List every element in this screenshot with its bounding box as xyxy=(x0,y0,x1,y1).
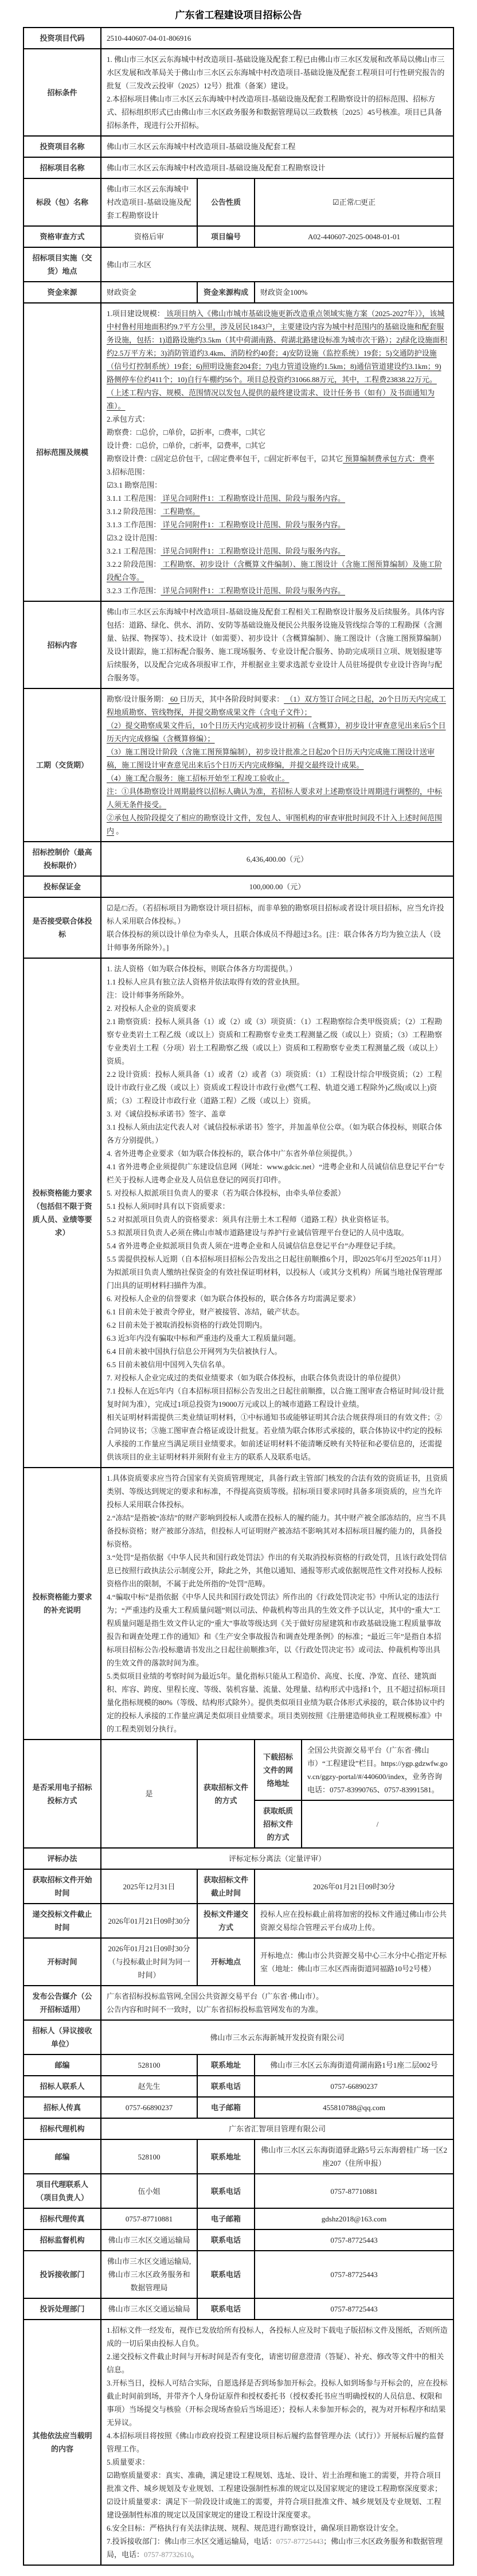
text-paragraph: 开标时间 xyxy=(29,1955,95,1968)
row-value: 0757-87710881 xyxy=(101,2208,197,2229)
text-paragraph: 下载招标文件的网络地址 xyxy=(260,1750,296,1790)
text-run: 该项目纳入《佛山市城市基础设施更新改造重点领域实施方案（2025-2027年）》… xyxy=(107,309,447,410)
row-label: 是否采用电子招标投标方式 xyxy=(24,1740,101,1848)
text-run: 1.招标文件一经发布，视作已发放给所有投标人，各投标人应及时下载电子版招标文件及… xyxy=(107,2326,448,2348)
text-run: 招标项目实施（交货）地点 xyxy=(32,254,92,275)
text-paragraph: 投标保证金 xyxy=(29,880,95,893)
text-run: 0757-87732610 xyxy=(144,2550,191,2559)
text-paragraph: 2.承包方式： xyxy=(107,413,448,426)
text-paragraph: 6.5 目前未被信用中国列入失信名单。 xyxy=(107,1358,448,1371)
text-run: 7.1 投标人在近5年内（自本招标项目招标公告发出之日起往前顺推，以合施工图审查… xyxy=(107,1387,444,1408)
table-row: 资格审查方式资格后审项目编号A02-440607-2025-0048-01-01 xyxy=(24,226,453,247)
text-paragraph: 3.1.2 阶段范围： 工程勘察。 xyxy=(107,505,448,518)
table-row: 招标条件1. 佛山市三水区云东海城中村改造项目-基础设施及配套工程已由佛山市三水… xyxy=(24,49,453,136)
text-run: 2510-440607-04-01-806916 xyxy=(107,34,191,42)
text-run: 2026年01月21日09时30分 xyxy=(313,1882,395,1891)
text-run: 日历天，其中各阶段时间要求： xyxy=(179,695,284,703)
row-value: 佛山市三水区云东海城中村改造项目-基础设施及配套工程勘察设计 xyxy=(101,178,197,226)
text-run: 全国公共资源交易平台（广东省·佛山市）“工程建设”栏目。https://ygp.… xyxy=(307,1746,448,1794)
text-paragraph: 2.2 设计资质：投标人须具备（1）或者（2）或者（3）项资质：（1）工程设计综… xyxy=(107,1068,448,1107)
table-row: 其他依法应当载明的内容1.招标文件一经发布，视作已发放给所有投标人，各投标人应及… xyxy=(24,2320,453,2565)
text-paragraph: ☑设计质量要求：满足下一阶段设计或施工的需要，并符合项目批准文件、城乡规划及专业… xyxy=(107,2495,448,2521)
text-paragraph: 招标代理机构 xyxy=(29,2122,95,2135)
text-run: ☑正常/□更正 xyxy=(333,198,376,207)
text-paragraph: 标段（包）名称 xyxy=(29,196,95,209)
text-run: 资格审查方式 xyxy=(40,232,84,241)
text-paragraph: 5.类似项目业绩的考察时间为最近5年。量化指标只能从工程造价、高度、长度、净宽、… xyxy=(107,1670,448,1736)
text-run: 其他依法应当载明的内容 xyxy=(32,2431,92,2453)
text-run: 详见合同附件1：工程勘察设计范围、阶段与服务内容。 xyxy=(161,494,345,503)
text-run: 60 xyxy=(169,695,180,703)
text-run: 招标监督机构 xyxy=(40,2236,84,2244)
text-paragraph: 6. 对投标人企业的信誉要求（如为联合体投标的，联合体各方均需满足要求） xyxy=(107,1292,448,1305)
announcement-table-body: 投资项目代码2510-440607-04-01-806916招标条件1. 佛山市… xyxy=(24,28,453,2565)
text-paragraph: 投资项目名称 xyxy=(29,140,95,153)
text-paragraph: / xyxy=(307,1818,448,1831)
text-paragraph: 5.4 省外进粤企业拟派项目负责人须在“进粤企业和人员诚信信息登记平台”办理登记… xyxy=(107,1239,448,1252)
text-paragraph: 工期（交货期） xyxy=(29,758,95,772)
text-run: 佛山市三水区云东海城中村改造项目-基础设施及配套工程 xyxy=(107,142,295,151)
text-run: ☑3.2 设计范围： xyxy=(107,534,162,542)
text-paragraph: 赵先生 xyxy=(107,2080,191,2093)
row-label: 投标保证金 xyxy=(24,876,101,897)
text-paragraph: 2026年01月21日09时30分 xyxy=(260,1880,448,1893)
row-label: 招标监督机构 xyxy=(24,2229,101,2251)
row-label: 项目编号 xyxy=(197,226,255,247)
text-run: 4.“骗取中标”是指依据《中华人民共和国行政处罚法》所作出的《行政处罚决定书》中… xyxy=(107,1593,441,1667)
row-value: 佛山市三水云东海新城开发投资有限公司 xyxy=(101,2020,453,2054)
text-paragraph: 佛山市三水区交通运输局 xyxy=(107,2302,191,2316)
text-paragraph: 邮编 xyxy=(29,2150,95,2163)
text-run: 4.1 省外进粤企业须提供广东建设信息网（网址：www.gdcic.net）“进… xyxy=(107,1162,445,1184)
row-label: 招标内容 xyxy=(24,601,101,688)
row-label: 获取招标文件的方式 xyxy=(197,1740,255,1848)
text-run: 佛山市三水区交通运输局,佛山市三水区政务服务和数据管理局 xyxy=(107,2257,191,2292)
text-paragraph: 4. 省外进粤企业要求（如为联合体投标的，联合体中广东省外单位须提供。） xyxy=(107,1147,448,1160)
table-row: 招标监督机构佛山市三水区交通运输局联系电话0757-87725443 xyxy=(24,2229,453,2251)
text-run: 1. 法人资格（如为联合体投标，则联合体各方均需提供。） xyxy=(107,964,297,973)
row-label: 投标文件递交方式 xyxy=(197,1904,255,1938)
row-label: 资金来源构成 xyxy=(197,282,255,303)
text-run: 5.3 拟派项目负责人必须在佛山市城市道路建设与养护行业诚信管理平台登记的人员中… xyxy=(107,1228,409,1237)
text-paragraph: 佛山市三水区 xyxy=(107,258,448,271)
text-paragraph: 联系电话 xyxy=(203,2080,249,2093)
text-paragraph: 5.3 拟派项目负责人必须在佛山市城市道路建设与养护行业诚信管理平台登记的人员中… xyxy=(107,1226,448,1239)
text-paragraph: 联系地址 xyxy=(203,2150,249,2163)
text-paragraph: gdshz2018@163.com xyxy=(260,2212,448,2225)
text-paragraph: 6.4 目前未被中国执行信息公开网列为失信被执行人。 xyxy=(107,1345,448,1358)
text-paragraph: 联合体投标的须以设计单位为牵头人，且联合体成员不得超过3名。[注：联合体各方均为… xyxy=(107,928,448,954)
text-run: 注：设计师事务所除外。 xyxy=(107,991,189,999)
text-paragraph: 联系电话 xyxy=(203,2268,249,2281)
row-value: 100,000.00（元） xyxy=(101,876,453,897)
text-paragraph: 3. 对《诚信投标承诺书》签字、盖章 xyxy=(107,1107,448,1120)
text-paragraph: 投资项目代码 xyxy=(29,32,95,45)
row-value: 2025年12月31日 xyxy=(101,1869,197,1904)
row-value: 佛山市三水区交通运输局,佛山市三水区政务服务和数据管理局 xyxy=(101,2251,197,2298)
text-run: 资金来源 xyxy=(47,288,77,297)
row-value: 伍小姐 xyxy=(101,2174,197,2208)
text-paragraph: 1.项目建设规模： 该项目纳入《佛山市城市基础设施更新改造重点领域实施方案（20… xyxy=(107,307,448,413)
text-paragraph: 资金来源 xyxy=(29,286,95,299)
row-label: 开标时间 xyxy=(24,1938,101,1986)
text-paragraph: 3.“处罚”是指依据《中华人民共和国行政处罚法》作出的有关取消投标资格的行政处罚… xyxy=(107,1551,448,1590)
text-run: 获取招标文件截止时间 xyxy=(204,1875,248,1897)
row-label: 评标办法 xyxy=(24,1848,101,1869)
text-paragraph: 投标人应在投标截止前将加密的投标文件通过佛山市公共资源交易综合管理云平台成功上传… xyxy=(260,1908,448,1934)
text-run: ☑是/□否。（若招标项目为勘察设计项目招标，而非单独的勘察项目招标或者设计项目招… xyxy=(107,904,444,925)
row-label: 投标资格能力要求的补充说明 xyxy=(24,1468,101,1740)
text-run: 佛山市三水区云东海城中村改造项目-基础设施及配套工程勘察设计 xyxy=(107,164,325,172)
text-run: 招标控制价（最高投标限价） xyxy=(32,848,92,870)
row-value: 0757-66890237 xyxy=(255,2076,453,2097)
text-paragraph: 佛山市三水区云东海城中村改造项目-基础设施及配套工程勘察设计 xyxy=(107,182,191,222)
text-paragraph: 7. 对投标人企业完成过的类似业绩要求（如为联合体投标，由联合体负责设计的单位提… xyxy=(107,1371,448,1384)
table-row: 投标资格能力要求（包括但不限于资质人员、业绩等要求）1. 法人资格（如为联合体投… xyxy=(24,958,453,1468)
row-label: 工期（交货期） xyxy=(24,688,101,842)
row-label: 招标项目实施（交货）地点 xyxy=(24,247,101,282)
row-value: ☑是/□否。（若招标项目为勘察设计项目招标，而非单独的勘察项目招标或者设计项目招… xyxy=(101,897,453,958)
text-run: 项目编号 xyxy=(211,232,241,241)
row-value: 是 xyxy=(101,1740,197,1848)
text-paragraph: 528100 xyxy=(107,2059,191,2072)
text-run: 5.2 对拟派项目负责人的资格要求：须具有注册土木工程师（道路工程）执业资格证书… xyxy=(107,1215,394,1224)
text-run: 招标人传真 xyxy=(44,2103,81,2112)
row-value: 0757-87710881 xyxy=(255,2174,453,2208)
row-value: 资格后审 xyxy=(101,226,197,247)
text-run: 佛山市三水区交通运输局 xyxy=(108,2236,190,2244)
text-run: 设计费：□总价，□单价，□折率，☑费率，□其它 xyxy=(107,441,265,450)
row-value: 佛山市三水区 xyxy=(101,247,453,282)
text-paragraph: 投标文件递交方式 xyxy=(203,1908,249,1934)
row-value: 佛山市三水区交通运输局 xyxy=(101,2298,197,2320)
text-paragraph: 佛山市三水区云东海城中村改造项目-基础设施及配套工程 xyxy=(107,140,448,153)
text-paragraph: 是 xyxy=(107,1787,191,1800)
row-label: 资金来源 xyxy=(24,282,101,303)
row-value: A02-440607-2025-0048-01-01 xyxy=(255,226,453,247)
text-run: 5.1 投标人须同时具有以下资质要求： xyxy=(107,1202,230,1211)
text-run: 发布公告媒介（公开招标适用） xyxy=(32,1992,92,2014)
row-value: 开标地点：佛山市公共资源交易中心三水分中心指定开标室（地址：佛山市三水区西南街道… xyxy=(255,1938,453,1986)
table-row: 是否接受联合体投标☑是/□否。（若招标项目为勘察设计项目招标，而非单独的勘察项目… xyxy=(24,897,453,958)
text-run: 3.1 投标人须由法定代表人对《诚信投标承诺书》签字，并加盖单位公章。（如为联合… xyxy=(107,1123,442,1145)
text-paragraph: 3.2.1 工程范围： 详见合同附件1：工程勘察设计范围、阶段与服务内容。 xyxy=(107,544,448,558)
table-row: 投诉接收部门佛山市三水区交通运输局,佛山市三水区政务服务和数据管理局联系电话07… xyxy=(24,2251,453,2298)
text-run: 1. 佛山市三水区云东海城中村改造项目-基础设施及配套工程已由佛山市三水区发展和… xyxy=(107,55,444,90)
text-run: 赵先生 xyxy=(138,2082,160,2091)
text-paragraph: 0757-66890237 xyxy=(107,2101,191,2114)
text-paragraph: 发布公告媒介（公开招标适用） xyxy=(29,1990,95,2016)
text-paragraph: 勘察设计费：□固定总价包干，□固定费率包干，□固定折率包干，☑其它 预算编制费承… xyxy=(107,452,448,465)
row-value: 528100 xyxy=(101,2139,197,2174)
text-run: 0757-87725443 xyxy=(330,2305,377,2313)
text-run: 评标定标分离法（定量评审） xyxy=(229,1854,326,1863)
text-run: 7.投诉接收部门：佛山市三水区交通运输局，电话： xyxy=(107,2537,276,2546)
row-label: 资格审查方式 xyxy=(24,226,101,247)
text-run: 开标地点：佛山市公共资源交易中心三水分中心指定开标室（地址：佛山市三水区西南街道… xyxy=(260,1951,447,1973)
row-value: 1. 佛山市三水区云东海城中村改造项目-基础设施及配套工程已由佛山市三水区发展和… xyxy=(101,49,453,136)
text-run: 投资项目代码 xyxy=(40,34,84,42)
text-paragraph: 3.1 投标人须由法定代表人对《诚信投标承诺书》签字，并加盖单位公章。（如为联合… xyxy=(107,1120,448,1147)
text-run: gdshz2018@163.com xyxy=(322,2215,386,2223)
text-run: 5.5 需提供投标人近期（自本招标项目招标公告发出之日起往前顺推6个月，即202… xyxy=(107,1255,445,1290)
text-paragraph: 5. 对投标人拟派项目负责人的要求（若为联合体投标，由牵头单位委派） xyxy=(107,1186,448,1200)
text-paragraph: 0757-87710881 xyxy=(107,2212,191,2225)
text-run: 标段（包）名称 xyxy=(36,198,88,207)
text-run: 资金来源构成 xyxy=(204,288,248,297)
text-run: 6. 对投标人企业的信誉要求（如为联合体投标的，联合体各方均需满足要求） xyxy=(107,1294,360,1303)
text-paragraph: 3.招标范围： xyxy=(107,465,448,478)
text-run: 3.开标当日，投标人可结合实际，自愿选择是否到场参加开标会。投标人如到场参与开标… xyxy=(107,2379,448,2427)
text-run: （4）施工配合服务：施工招标开始至工程竣工验收止。 xyxy=(107,774,290,783)
text-run: 投标资格能力要求（包括但不限于资质人员、业绩等要求） xyxy=(32,1189,92,1237)
text-paragraph: 广东省汇智项目管理有限公司 xyxy=(107,2122,448,2135)
text-run: 投资项目名称 xyxy=(40,142,84,151)
text-run: 0757-66890237 xyxy=(126,2103,173,2112)
text-run: / xyxy=(377,1820,379,1828)
row-label: 招标人传真 xyxy=(24,2097,101,2118)
row-value: 佛山市三水区云东海城中村改造项目-基础设施及配套工程勘察设计 xyxy=(101,157,453,178)
text-paragraph: 7.投诉接收部门：佛山市三水区交通运输局，电话：0757-87725443；佛山… xyxy=(107,2535,448,2561)
text-run: 公告内容和时间不一致时，以广东省招标投标监管网发布的为准。 xyxy=(107,2005,323,2014)
table-row: 投标资格能力要求的补充说明1.具体资质要求应当符合国家有关资质管理规定，具备行政… xyxy=(24,1468,453,1740)
table-row: 标段（包）名称佛山市三水区云东海城中村改造项目-基础设施及配套工程勘察设计公告性… xyxy=(24,178,453,226)
text-paragraph: 2.1 勘察资质：投标人须具备（1）或（2）或（3）项资质：（1）工程勘察综合类… xyxy=(107,1015,448,1068)
text-paragraph: 1.具体资质要求应当符合国家有关资质管理规定，具备行政主管部门核发的合法有效的资… xyxy=(107,1472,448,1511)
text-paragraph: 勘察/设计服务期： 60 日历天，其中各阶段时间要求： （1）双方签订合同之日起… xyxy=(107,692,448,719)
row-label: 联系电话 xyxy=(197,2251,255,2298)
text-paragraph: 全国公共资源交易平台（广东省·佛山市）“工程建设”栏目。https://ygp.… xyxy=(307,1744,448,1796)
text-run: 3.1.1 工程范围： xyxy=(107,494,161,503)
text-paragraph: 5.质量要求： xyxy=(107,2456,448,2469)
row-label: 电子邮箱 xyxy=(197,2208,255,2229)
text-paragraph: 招标人（异议接收单位） xyxy=(29,2024,95,2050)
text-run: 勘察费：□总价，□单价，☑折率，□费率，□其它 xyxy=(107,428,265,437)
text-run: 3.招标范围： xyxy=(107,468,150,476)
text-run: 佛山市三水区交通运输局 xyxy=(108,2305,190,2313)
text-run: 项目代理联系人（项目负责人） xyxy=(36,2180,88,2202)
row-label: 下载招标文件的网络地址 xyxy=(255,1740,302,1800)
text-run: 招标人联系人 xyxy=(40,2082,84,2091)
text-paragraph: 资金来源构成 xyxy=(203,286,249,299)
text-paragraph: 联系地址 xyxy=(203,2059,249,2072)
text-run: 邮编 xyxy=(54,2153,69,2161)
text-run: 是否采用电子招标投标方式 xyxy=(32,1783,92,1805)
row-value: 广东省招标投标监管网,全国公共资源交易平台（广东省·佛山市）。公告内容和时间不一… xyxy=(101,1986,453,2020)
text-run: 招标代理传真 xyxy=(40,2215,84,2223)
table-row: 邮编528100联系地址佛山市三水区云东海街道荷湖南路1号1座二层002号 xyxy=(24,2054,453,2076)
text-run: 5.质量要求： xyxy=(107,2458,150,2466)
text-paragraph: 开标地点 xyxy=(203,1955,249,1968)
text-run: 0757-87710881 xyxy=(126,2215,173,2223)
table-row: 邮编528100联系地址佛山市三水区云东海街道驿北路5号云东海碧桂广场一区2座2… xyxy=(24,2139,453,2174)
text-run: 3.2.2 阶段范围： xyxy=(107,560,161,569)
text-run: 。 xyxy=(114,827,123,835)
text-paragraph: 0757-87725443 xyxy=(260,2302,448,2316)
row-value: 赵先生 xyxy=(101,2076,197,2097)
text-paragraph: 2026年01月21日09时30分 xyxy=(107,1915,191,1928)
text-run: 联系电话 xyxy=(211,2236,241,2244)
announcement-page: 广东省工程建设项目招标公告 投资项目代码2510-440607-04-01-80… xyxy=(0,0,477,2576)
text-run: 勘察/设计服务期： xyxy=(107,695,169,703)
text-paragraph: 1. 佛山市三水区云东海城中村改造项目-基础设施及配套工程已由佛山市三水区发展和… xyxy=(107,53,448,92)
table-row: 招标内容佛山市三水区云东海城中村改造项目-基础设施及配套工程相关工程勘察设计服务… xyxy=(24,601,453,688)
text-run: 6,436,400.00（元） xyxy=(247,855,308,863)
text-paragraph: 投诉处理部门 xyxy=(29,2302,95,2316)
text-run: 1.具体资质要求应当符合国家有关资质管理规定，具备行政主管部门核发的合法有效的资… xyxy=(107,1474,448,1509)
text-run: 0757-87725443 xyxy=(330,2270,377,2279)
text-run: 投诉接收部门 xyxy=(40,2270,84,2279)
text-paragraph: 招标范围及规模 xyxy=(29,446,95,459)
text-paragraph: 6.2 目前未处于被取消投标资格的行政处罚期内。 xyxy=(107,1318,448,1332)
text-paragraph: 注：设计师事务所除外。 xyxy=(107,989,448,1002)
text-run: 3.2.3 工作范围： xyxy=(107,586,161,595)
text-paragraph: ☑3.2 设计范围： xyxy=(107,531,448,544)
text-paragraph: 招标项目名称 xyxy=(29,161,95,174)
text-run: 工程勘察。 xyxy=(161,507,200,516)
text-run: 3.1.3 工作范围： xyxy=(107,520,161,529)
text-run: 联系电话 xyxy=(211,2082,241,2091)
text-run: 获取招标文件开始时间 xyxy=(32,1875,92,1897)
text-paragraph: ☑是/□否。（若招标项目为勘察设计项目招标，而非单独的勘察项目招标或者设计项目招… xyxy=(107,901,448,928)
table-row: 投诉处理部门佛山市三水区交通运输局联系电话0757-87725443 xyxy=(24,2298,453,2320)
text-run: 5. 对投标人拟派项目负责人的要求（若为联合体投标，由牵头单位委派） xyxy=(107,1189,345,1197)
text-paragraph: 3.1.3 工作范围： 详见合同附件1：工程勘察设计范围、阶段与服务内容。 xyxy=(107,518,448,531)
text-run: 6.5 目前未被信用中国列入失信名单。 xyxy=(107,1360,230,1369)
text-run: 2.2 设计资质：投标人须具备（1）或者（2）或者（3）项资质：（1）工程设计综… xyxy=(107,1070,442,1105)
text-paragraph: 3.2.3 工作范围： 详见合同附件1：工程勘察设计范围、阶段与服务内容。 xyxy=(107,584,448,597)
row-value: 2026年01月21日09时30分 xyxy=(255,1869,453,1904)
text-paragraph: 广东省招标投标监管网,全国公共资源交易平台（广东省·佛山市）。 xyxy=(107,1990,448,2003)
text-paragraph: 获取招标文件开始时间 xyxy=(29,1873,95,1900)
text-run: ☑设计质量要求：满足下一阶段设计或施工的需要，并符合项目批准文件、城乡规划及专业… xyxy=(107,2497,441,2519)
row-label: 投诉处理部门 xyxy=(24,2298,101,2320)
text-paragraph: 投诉接收部门 xyxy=(29,2268,95,2281)
text-run: 招标范围及规模 xyxy=(36,448,88,457)
table-row: 获取招标文件开始时间2025年12月31日获取招标文件截止时间2026年01月2… xyxy=(24,1869,453,1904)
text-run: 佛山市三水区云东海街道荷湖南路1号1座二层002号 xyxy=(270,2061,438,2069)
row-value: ☑正常/□更正 xyxy=(255,178,453,226)
text-run: 3.1.2 阶段范围： xyxy=(107,507,161,516)
row-label: 公告性质 xyxy=(197,178,255,226)
row-label: 是否接受联合体投标 xyxy=(24,897,101,958)
text-run: 2.承包方式： xyxy=(107,415,150,423)
text-paragraph: （3）施工图设计阶段（含施工图预算编制），初步设计批准之日起20个日历天内完成施… xyxy=(107,745,448,772)
text-paragraph: 7.1 投标人在近5年内（自本招标项目招标公告发出之日起往前顺推，以合施工图审查… xyxy=(107,1384,448,1411)
text-paragraph: 邮编 xyxy=(29,2059,95,2072)
text-run: 528100 xyxy=(138,2061,160,2069)
text-run: 注：①具体勘察设计周期最终以招标人确认为准，若招标人要求对上述勘察设计周期进行调… xyxy=(107,787,442,809)
row-value: 投标人应在投标截止前将加密的投标文件通过佛山市公共资源交易综合管理云平台成功上传… xyxy=(255,1904,453,1938)
text-run: 招标代理机构 xyxy=(40,2124,84,2133)
row-label: 获取招标文件截止时间 xyxy=(197,1869,255,1904)
row-label: 招标条件 xyxy=(24,49,101,136)
text-paragraph: 2510-440607-04-01-806916 xyxy=(107,32,448,45)
text-run: （2）提交勘察成果文件后，10个日历天内完成初步设计初稿（含概算），初步设计审查… xyxy=(107,721,446,743)
text-paragraph: 是否接受联合体投标 xyxy=(29,915,95,941)
row-label: 电子邮箱 xyxy=(197,2097,255,2118)
text-paragraph: 0757-87725443 xyxy=(260,2233,448,2247)
text-paragraph: ☑勘察质量要求：真实、准确，满足建设工程规划、选址、设计、岩土治理和施工的需要，… xyxy=(107,2469,448,2495)
text-run: 佛山市三水区云东海城中村改造项目-基础设施及配套工程勘察设计 xyxy=(107,185,191,220)
text-run: 招标项目名称 xyxy=(40,164,84,172)
text-paragraph: ②承包人按阶段提交了相应的勘察设计文件，发包人、审图机构的审查审批时间段不计入上… xyxy=(107,811,448,838)
text-paragraph: 开标地点：佛山市公共资源交易中心三水分中心指定开标室（地址：佛山市三水区西南街道… xyxy=(260,1949,448,1975)
text-paragraph: 佛山市三水区云东海城中村改造项目-基础设施及配套工程相关工程勘察设计服务及后续服… xyxy=(107,605,448,684)
text-run: 佛山市三水区云东海城中村改造项目-基础设施及配套工程相关工程勘察设计服务及后续服… xyxy=(107,608,446,682)
text-paragraph: 资格后审 xyxy=(107,230,191,243)
row-value: 财政资金100% xyxy=(255,282,453,303)
text-paragraph: 招标代理传真 xyxy=(29,2212,95,2225)
text-paragraph: 2.“冻结”是指被“冻结”的财产影响到投标人或潜在投标人的履约能力。其中财产被全… xyxy=(107,1511,448,1551)
text-paragraph: 公告性质 xyxy=(203,196,249,209)
text-run: 2.本招标项目佛山市三水区云东海城中村改造项目-基础设施及配套工程勘察设计的招标… xyxy=(107,95,442,130)
text-paragraph: 递交投标文件截止时间 xyxy=(29,1908,95,1934)
text-run: 财政资金100% xyxy=(260,288,307,297)
text-paragraph: 3.开标当日，投标人可结合实际，自愿选择是否到场参加开标会。投标人如到场参与开标… xyxy=(107,2376,448,2429)
table-row: 评标办法评标定标分离法（定量评审） xyxy=(24,1848,453,1869)
text-run: ☑3.1 勘察范围： xyxy=(107,481,162,489)
text-paragraph: 3.1.1 工程范围： 详见合同附件1：工程勘察设计范围、阶段与服务内容。 xyxy=(107,492,448,505)
row-label: 招标控制价（最高投标限价） xyxy=(24,842,101,876)
text-run: 获取招标文件的方式 xyxy=(204,1783,248,1805)
table-row: 招标人联系人赵先生联系电话0757-66890237 xyxy=(24,2076,453,2097)
text-run: 资格后审 xyxy=(134,232,164,241)
row-label: 招标代理机构 xyxy=(24,2118,101,2139)
row-value: 0757-87725443 xyxy=(255,2229,453,2251)
table-row: 开标时间2026年01月21日09时30分（与投标截止时间为同一时间）开标地点开… xyxy=(24,1938,453,1986)
text-paragraph: （4）施工配合服务：施工招标开始至工程竣工验收止。 xyxy=(107,772,448,785)
row-label: 招标代理传真 xyxy=(24,2208,101,2229)
row-label: 其他依法应当载明的内容 xyxy=(24,2320,101,2565)
text-paragraph: 0757-87710881 xyxy=(260,2185,448,2198)
text-run: 4. 省外进粤企业要求（如为联合体投标的，联合体中广东省外单位须提供。） xyxy=(107,1149,357,1158)
text-paragraph: 获取纸质招标文件的方式 xyxy=(260,1804,296,1844)
text-paragraph: 招标内容 xyxy=(29,639,95,652)
text-paragraph: 佛山市三水区云东海城中村改造项目-基础设施及配套工程勘察设计 xyxy=(107,161,448,174)
text-run: 2025年12月31日 xyxy=(123,1882,175,1891)
table-row: 是否采用电子招标投标方式是获取招标文件的方式下载招标文件的网络地址全国公共资源交… xyxy=(24,1740,453,1800)
text-paragraph: A02-440607-2025-0048-01-01 xyxy=(260,230,448,243)
text-run: 联系地址 xyxy=(211,2153,241,2161)
row-value: 勘察/设计服务期： 60 日历天，其中各阶段时间要求： （1）双方签订合同之日起… xyxy=(101,688,453,842)
text-paragraph: 455810788@qq.com xyxy=(260,2101,448,2114)
table-row: 发布公告媒介（公开招标适用）广东省招标投标监管网,全国公共资源交易平台（广东省·… xyxy=(24,1986,453,2020)
text-paragraph: 相关证明材料需提供三类业绩证明材料，①中标通知书或能够证明其合法合规获得项目的有… xyxy=(107,1411,448,1464)
row-label: 递交投标文件截止时间 xyxy=(24,1904,101,1938)
text-run: 4.本招标项目将按照《佛山市政府投资工程建设项目标后履约监督管理办法（试行）》开… xyxy=(107,2431,444,2453)
row-label: 投资项目代码 xyxy=(24,28,101,49)
text-paragraph: ☑正常/□更正 xyxy=(260,196,448,209)
text-paragraph: 2025年12月31日 xyxy=(107,1880,191,1893)
text-paragraph: 1.招标文件一经发布，视作已发放给所有投标人，各投标人应及时下载电子版招标文件及… xyxy=(107,2324,448,2350)
text-run: 佛山市三水区 xyxy=(107,260,151,269)
text-paragraph: 招标监督机构 xyxy=(29,2233,95,2247)
row-label: 招标人（异议接收单位） xyxy=(24,2020,101,2054)
text-run: 佛山市三水云东海新城开发投资有限公司 xyxy=(210,2033,344,2042)
text-run: 投标人应在投标截止前将加密的投标文件通过佛山市公共资源交易综合管理云平台成功上传… xyxy=(260,1910,447,1932)
row-label: 标段（包）名称 xyxy=(24,178,101,226)
text-run: 联合体投标的须以设计单位为牵头人，且联合体成员不得超过3名。[注：联合体各方均为… xyxy=(107,930,441,952)
table-row: 招标人（异议接收单位）佛山市三水云东海新城开发投资有限公司 xyxy=(24,2020,453,2054)
text-run: 获取纸质招标文件的方式 xyxy=(263,1807,293,1842)
row-value: 财政资金 xyxy=(101,282,197,303)
text-run: 电子邮箱 xyxy=(211,2103,241,2112)
text-run: 0757-87725443 xyxy=(276,2537,323,2546)
text-paragraph: 招标项目实施（交货）地点 xyxy=(29,251,95,278)
table-row: 招标控制价（最高投标限价）6,436,400.00（元） xyxy=(24,842,453,876)
text-paragraph: 528100 xyxy=(107,2150,191,2163)
